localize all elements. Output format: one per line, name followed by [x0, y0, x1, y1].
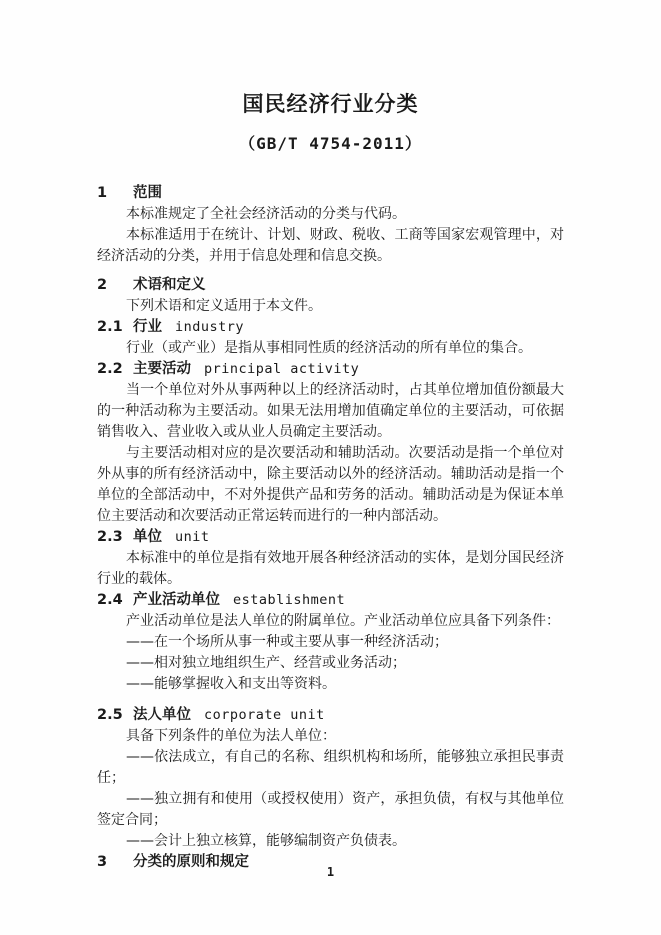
section-title: 术语和定义 [133, 277, 206, 293]
page-number: 1 [0, 865, 661, 879]
paragraph: 本标准规定了全社会经济活动的分类与代码。 [97, 204, 564, 225]
document-title: 国民经济行业分类 [97, 92, 564, 117]
document-page: 国民经济行业分类 （GB/T 4754-2011） 1范围 本标准规定了全社会经… [0, 0, 661, 935]
dash-item: ——在一个场所从事一种或主要从事一种经济活动； [97, 632, 564, 653]
subsection-number: 2.3 [97, 527, 133, 548]
subsection-heading-2-3: 2.3单位unit [97, 527, 564, 548]
subsection-heading-2-4: 2.4产业活动单位establishment [97, 590, 564, 611]
term-chinese: 行业 [133, 319, 162, 335]
term-english: unit [175, 529, 210, 545]
paragraph: 与主要活动相对应的是次要活动和辅助活动。次要活动是指一个单位对外从事的所有经济活… [97, 443, 564, 527]
subsection-number: 2.4 [97, 590, 133, 611]
subsection-number: 2.2 [97, 359, 133, 380]
document-content: 国民经济行业分类 （GB/T 4754-2011） 1范围 本标准规定了全社会经… [97, 0, 564, 873]
term-chinese: 法人单位 [133, 707, 191, 723]
section-number: 2 [97, 275, 133, 296]
term-english: industry [175, 319, 244, 335]
section-heading-2: 2术语和定义 [97, 275, 564, 296]
dash-item: ——独立拥有和使用（或授权使用）资产，承担负债，有权与其他单位签定合同； [97, 789, 564, 831]
section-heading-1: 1范围 [97, 183, 564, 204]
term-chinese: 单位 [133, 529, 162, 545]
paragraph: 本标准中的单位是指有效地开展各种经济活动的实体，是划分国民经济行业的载体。 [97, 548, 564, 590]
paragraph: 行业（或产业）是指从事相同性质的经济活动的所有单位的集合。 [97, 338, 564, 359]
term-chinese: 主要活动 [133, 361, 191, 377]
subsection-heading-2-2: 2.2主要活动principal activity [97, 359, 564, 380]
paragraph: 产业活动单位是法人单位的附属单位。产业活动单位应具备下列条件： [97, 611, 564, 632]
document-standard-number: （GB/T 4754-2011） [97, 133, 564, 155]
section-number: 1 [97, 183, 133, 204]
subsection-number: 2.1 [97, 317, 133, 338]
paragraph: 当一个单位对外从事两种以上的经济活动时，占其单位增加值份额最大的一种活动称为主要… [97, 380, 564, 443]
term-chinese: 产业活动单位 [133, 592, 220, 608]
subsection-number: 2.5 [97, 705, 133, 726]
dash-item: ——会计上独立核算，能够编制资产负债表。 [97, 831, 564, 852]
paragraph: 具备下列条件的单位为法人单位： [97, 726, 564, 747]
paragraph: 下列术语和定义适用于本文件。 [97, 296, 564, 317]
dash-item: ——相对独立地组织生产、经营或业务活动； [97, 653, 564, 674]
paragraph: 本标准适用于在统计、计划、财政、税收、工商等国家宏观管理中，对经济活动的分类，并… [97, 225, 564, 267]
term-english: corporate unit [204, 707, 325, 723]
subsection-heading-2-1: 2.1行业industry [97, 317, 564, 338]
term-english: establishment [233, 592, 345, 608]
subsection-heading-2-5: 2.5法人单位corporate unit [97, 705, 564, 726]
dash-item: ——能够掌握收入和支出等资料。 [97, 674, 564, 695]
dash-item: ——依法成立，有自己的名称、组织机构和场所，能够独立承担民事责任； [97, 747, 564, 789]
term-english: principal activity [204, 361, 359, 377]
section-title: 范围 [133, 185, 162, 201]
